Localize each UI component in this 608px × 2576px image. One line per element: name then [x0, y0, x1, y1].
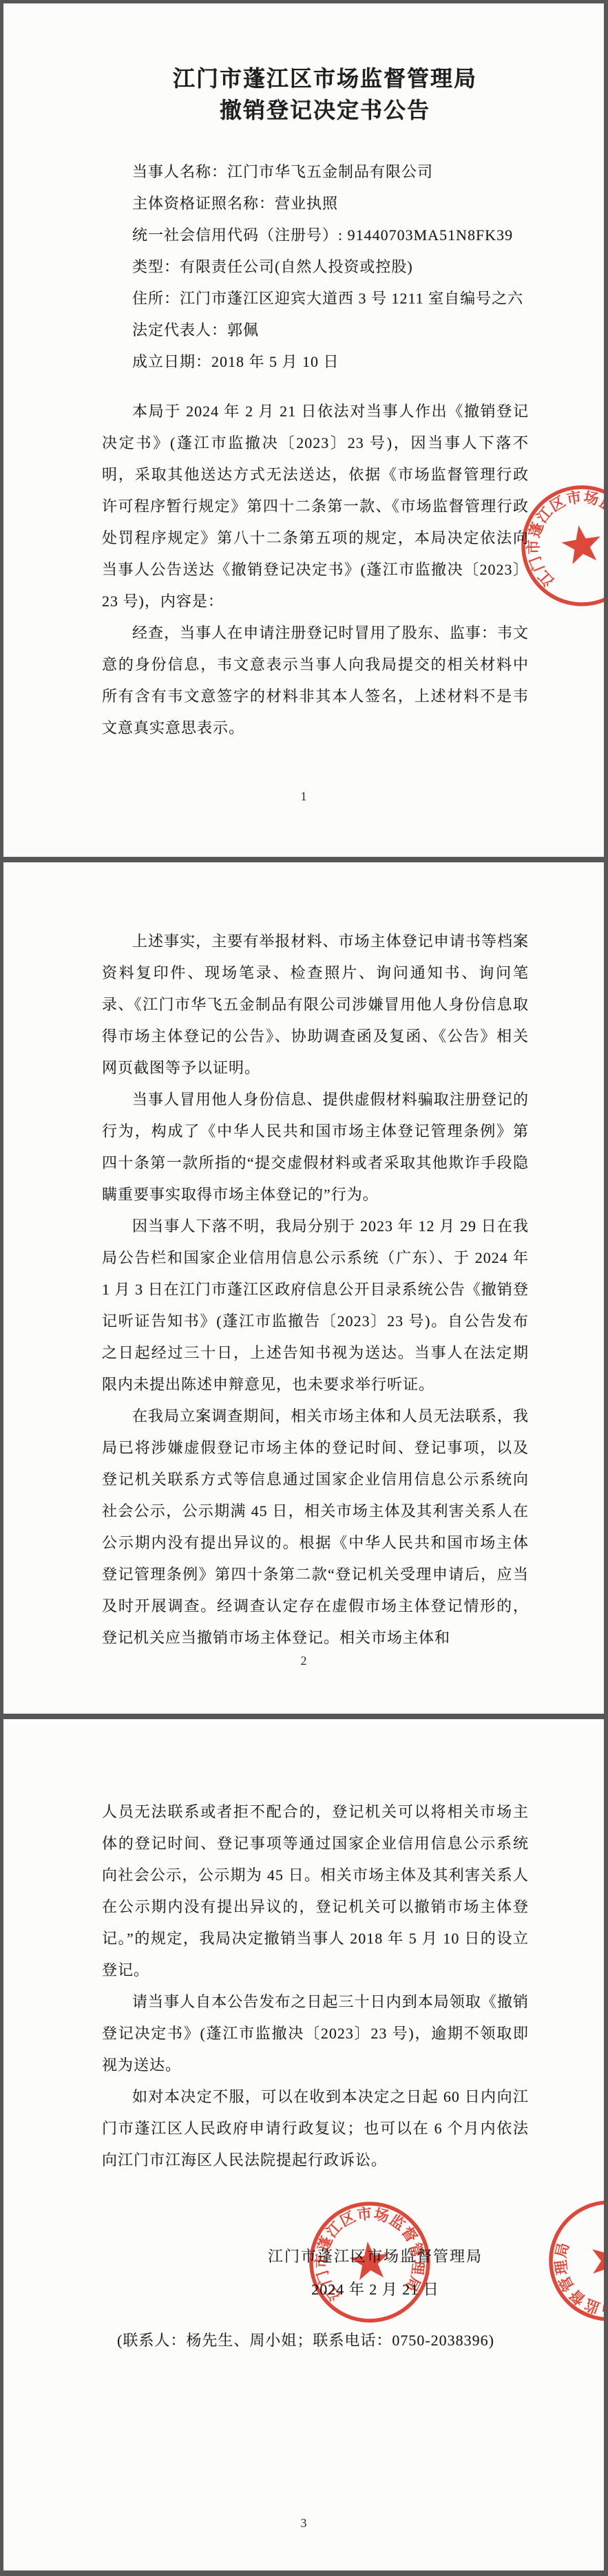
page-number: 2	[3, 1654, 604, 1668]
document-title-line2: 撤销登记决定书公告	[102, 94, 529, 126]
page2-content: 上述事实，主要有举报材料、市场主体登记申请书等档案资料复印件、现场笔录、检查照片…	[102, 926, 529, 1654]
document-page-2: 上述事实，主要有举报材料、市场主体登记申请书等档案资料复印件、现场笔录、检查照片…	[3, 862, 604, 1714]
page-number: 1	[3, 789, 604, 804]
appeal-rights-paragraph: 如对本决定不服，可以在收到本决定之日起 60 日内向江门市蓬江区人民政府申请行政…	[102, 2081, 529, 2176]
document-page-1: 江门市蓬江区市场监督管理局 撤销登记决定书公告 当事人名称：江门市华飞五金制品有…	[3, 3, 604, 857]
official-seal-partial-edge-icon: 江门市蓬江区市场监督管理局	[525, 2177, 604, 2345]
credit-code-line: 统一社会信用代码（注册号）: 91440703MA51N8FK39	[102, 220, 529, 251]
violation-paragraph: 当事人冒用他人身份信息、提供虚假材料骗取注册登记的行为，构成了《中华人民共和国市…	[102, 1084, 529, 1211]
page-number: 3	[3, 2516, 604, 2531]
document-title-line1: 江门市蓬江区市场监督管理局	[102, 63, 529, 94]
page1-content: 江门市蓬江区市场监督管理局 撤销登记决定书公告 当事人名称：江门市华飞五金制品有…	[102, 63, 529, 744]
scanned-document: 江门市蓬江区市场监督管理局 撤销登记决定书公告 当事人名称：江门市华飞五金制品有…	[0, 0, 608, 2570]
collect-decision-paragraph: 请当事人自本公告发布之日起三十日内到本局领取《撤销登记决定书》(蓬江市监撤决〔2…	[102, 1986, 529, 2081]
notice-paragraph: 因当事人下落不明，我局分别于 2023 年 12 月 29 日在我局公告栏和国家…	[102, 1211, 529, 1401]
publicity-paragraph: 在我局立案调查期间，相关市场主体和人员无法联系，我局已将涉嫌虚假登记市场主体的登…	[102, 1401, 529, 1654]
regulation-continuation-paragraph: 人员无法联系或者拒不配合的，登记机关可以将相关市场主体的登记时间、登记事项等通过…	[102, 1796, 529, 1986]
decision-paragraph: 本局于 2024 年 2 月 21 日依法对当事人作出《撤销登记决定书》(蓬江市…	[102, 396, 529, 617]
evidence-paragraph: 上述事实，主要有举报材料、市场主体登记申请书等档案资料复印件、现场笔录、检查照片…	[102, 926, 529, 1084]
establish-date-line: 成立日期：2018 年 5 月 10 日	[102, 346, 529, 378]
address-line: 住所：江门市蓬江区迎宾大道西 3 号 1211 室自编号之六	[102, 283, 529, 315]
company-type-line: 类型：有限责任公司(自然人投资或控股)	[102, 251, 529, 283]
investigation-paragraph: 经查，当事人在申请注册登记时冒用了股东、监事：韦文意的身份信息，韦文意表示当事人…	[102, 617, 529, 744]
document-page-3: 人员无法联系或者拒不配合的，登记机关可以将相关市场主体的登记时间、登记事项等通过…	[3, 1719, 604, 2570]
license-type-line: 主体资格证照名称：营业执照	[102, 188, 529, 220]
party-name-line: 当事人名称：江门市华飞五金制品有限公司	[102, 156, 529, 188]
official-seal-icon: 江门市蓬江区市场监督管理局	[298, 2191, 442, 2334]
page3-content: 人员无法联系或者拒不配合的，登记机关可以将相关市场主体的登记时间、登记事项等通过…	[102, 1796, 529, 2176]
legal-representative-line: 法定代表人：郭佩	[102, 315, 529, 346]
contact-info-line: (联系人：杨先生、周小姐；联系电话：0750-2038396)	[117, 2325, 494, 2356]
title-spacer	[102, 126, 529, 156]
